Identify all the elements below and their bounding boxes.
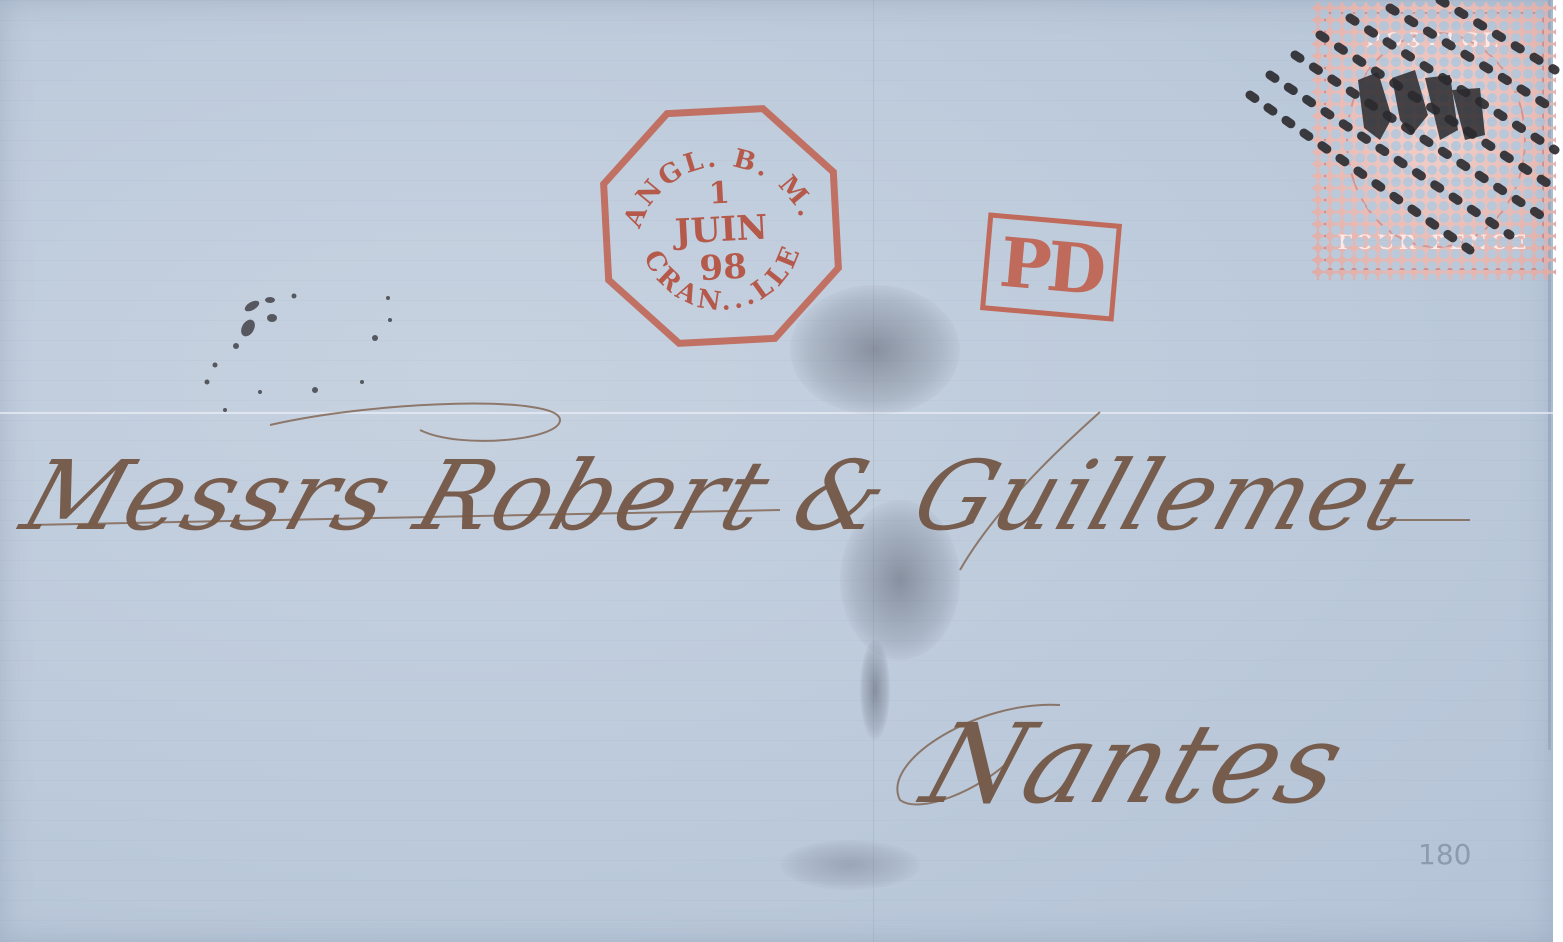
octagonal-postmark: ANGL. B. M. CRAN...LLE 1 JUIN 98 — [592, 97, 851, 356]
svg-text:JUIN: JUIN — [671, 208, 769, 253]
svg-text:98: 98 — [699, 247, 748, 289]
address-line-2: Nantes — [909, 700, 1361, 828]
pd-text: PD — [997, 229, 1105, 306]
ink-smudge — [860, 640, 890, 740]
ink-smudge — [780, 840, 920, 890]
pencil-notation: 180 — [1418, 838, 1471, 871]
pd-handstamp: PD — [980, 212, 1122, 321]
svg-text:1: 1 — [708, 176, 731, 212]
offset-dots — [190, 270, 430, 440]
address-line-1: Messrs Robert & Guillemet — [10, 440, 1429, 552]
barred-cancel — [1240, 0, 1563, 290]
